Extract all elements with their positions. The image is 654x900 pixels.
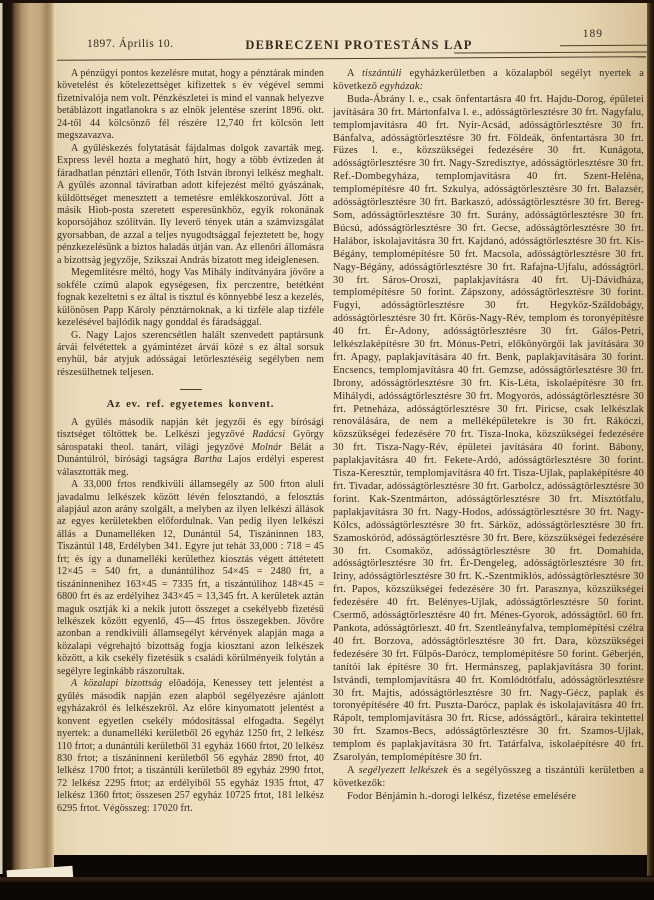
issue-date: 1897. Április 10. <box>87 38 173 50</box>
masthead-rule <box>454 51 647 53</box>
page-number-rule <box>560 45 647 47</box>
page-number: 189 <box>583 28 603 40</box>
photo-top-edge <box>0 0 654 3</box>
section-divider <box>180 389 202 390</box>
paragraph: A tiszántúli egyházkerületben a közalapb… <box>333 68 644 94</box>
paragraph: A gyűléskezés folytatását fájdalmas dolg… <box>57 143 324 268</box>
scanned-newspaper-page: 189 1897. Április 10. DEBRECZENI PROTEST… <box>0 0 654 900</box>
newspaper-page: 189 1897. Április 10. DEBRECZENI PROTEST… <box>54 3 647 855</box>
section-heading: Az ev. ref. egyetemes konvent. <box>57 399 324 411</box>
header-rule <box>57 56 646 61</box>
paragraph: Fodor Bénjámin h.-dorogi lelkész, fizeté… <box>333 791 644 804</box>
paragraph: A pénzügyi pontos kezelésre mutat, hogy … <box>57 68 324 143</box>
paragraph: A gyűlés második napján két jegyzői és e… <box>57 417 324 479</box>
paragraph: A 33,000 frtos rendkivüli államsegély az… <box>57 479 324 678</box>
paragraph: Megemlítésre méltó, hogy Vas Mihály indí… <box>57 267 324 329</box>
paragraph: A közalapi bizottság előadója, Kenessey … <box>57 678 324 815</box>
paragraph: A segélyezett lelkészek és a segélyössze… <box>333 765 644 791</box>
article-body: A pénzügyi pontos kezelésre mutat, hogy … <box>57 68 644 815</box>
paragraph: G. Nagy Lajos szerencsétlen halált szenv… <box>57 330 324 380</box>
table-surface <box>0 877 654 900</box>
page-fore-edge <box>647 0 654 876</box>
paragraph: Buda-Ábrány l. e., csak önfentartásra 40… <box>333 94 644 765</box>
left-column: A pénzügyi pontos kezelésre mutat, hogy … <box>57 68 324 815</box>
masthead-title: DEBRECZENI PROTESTÁNS LAP <box>194 38 524 53</box>
book-binding-gutter <box>0 0 54 874</box>
right-column: A tiszántúli egyházkerületben a közalapb… <box>333 68 644 815</box>
